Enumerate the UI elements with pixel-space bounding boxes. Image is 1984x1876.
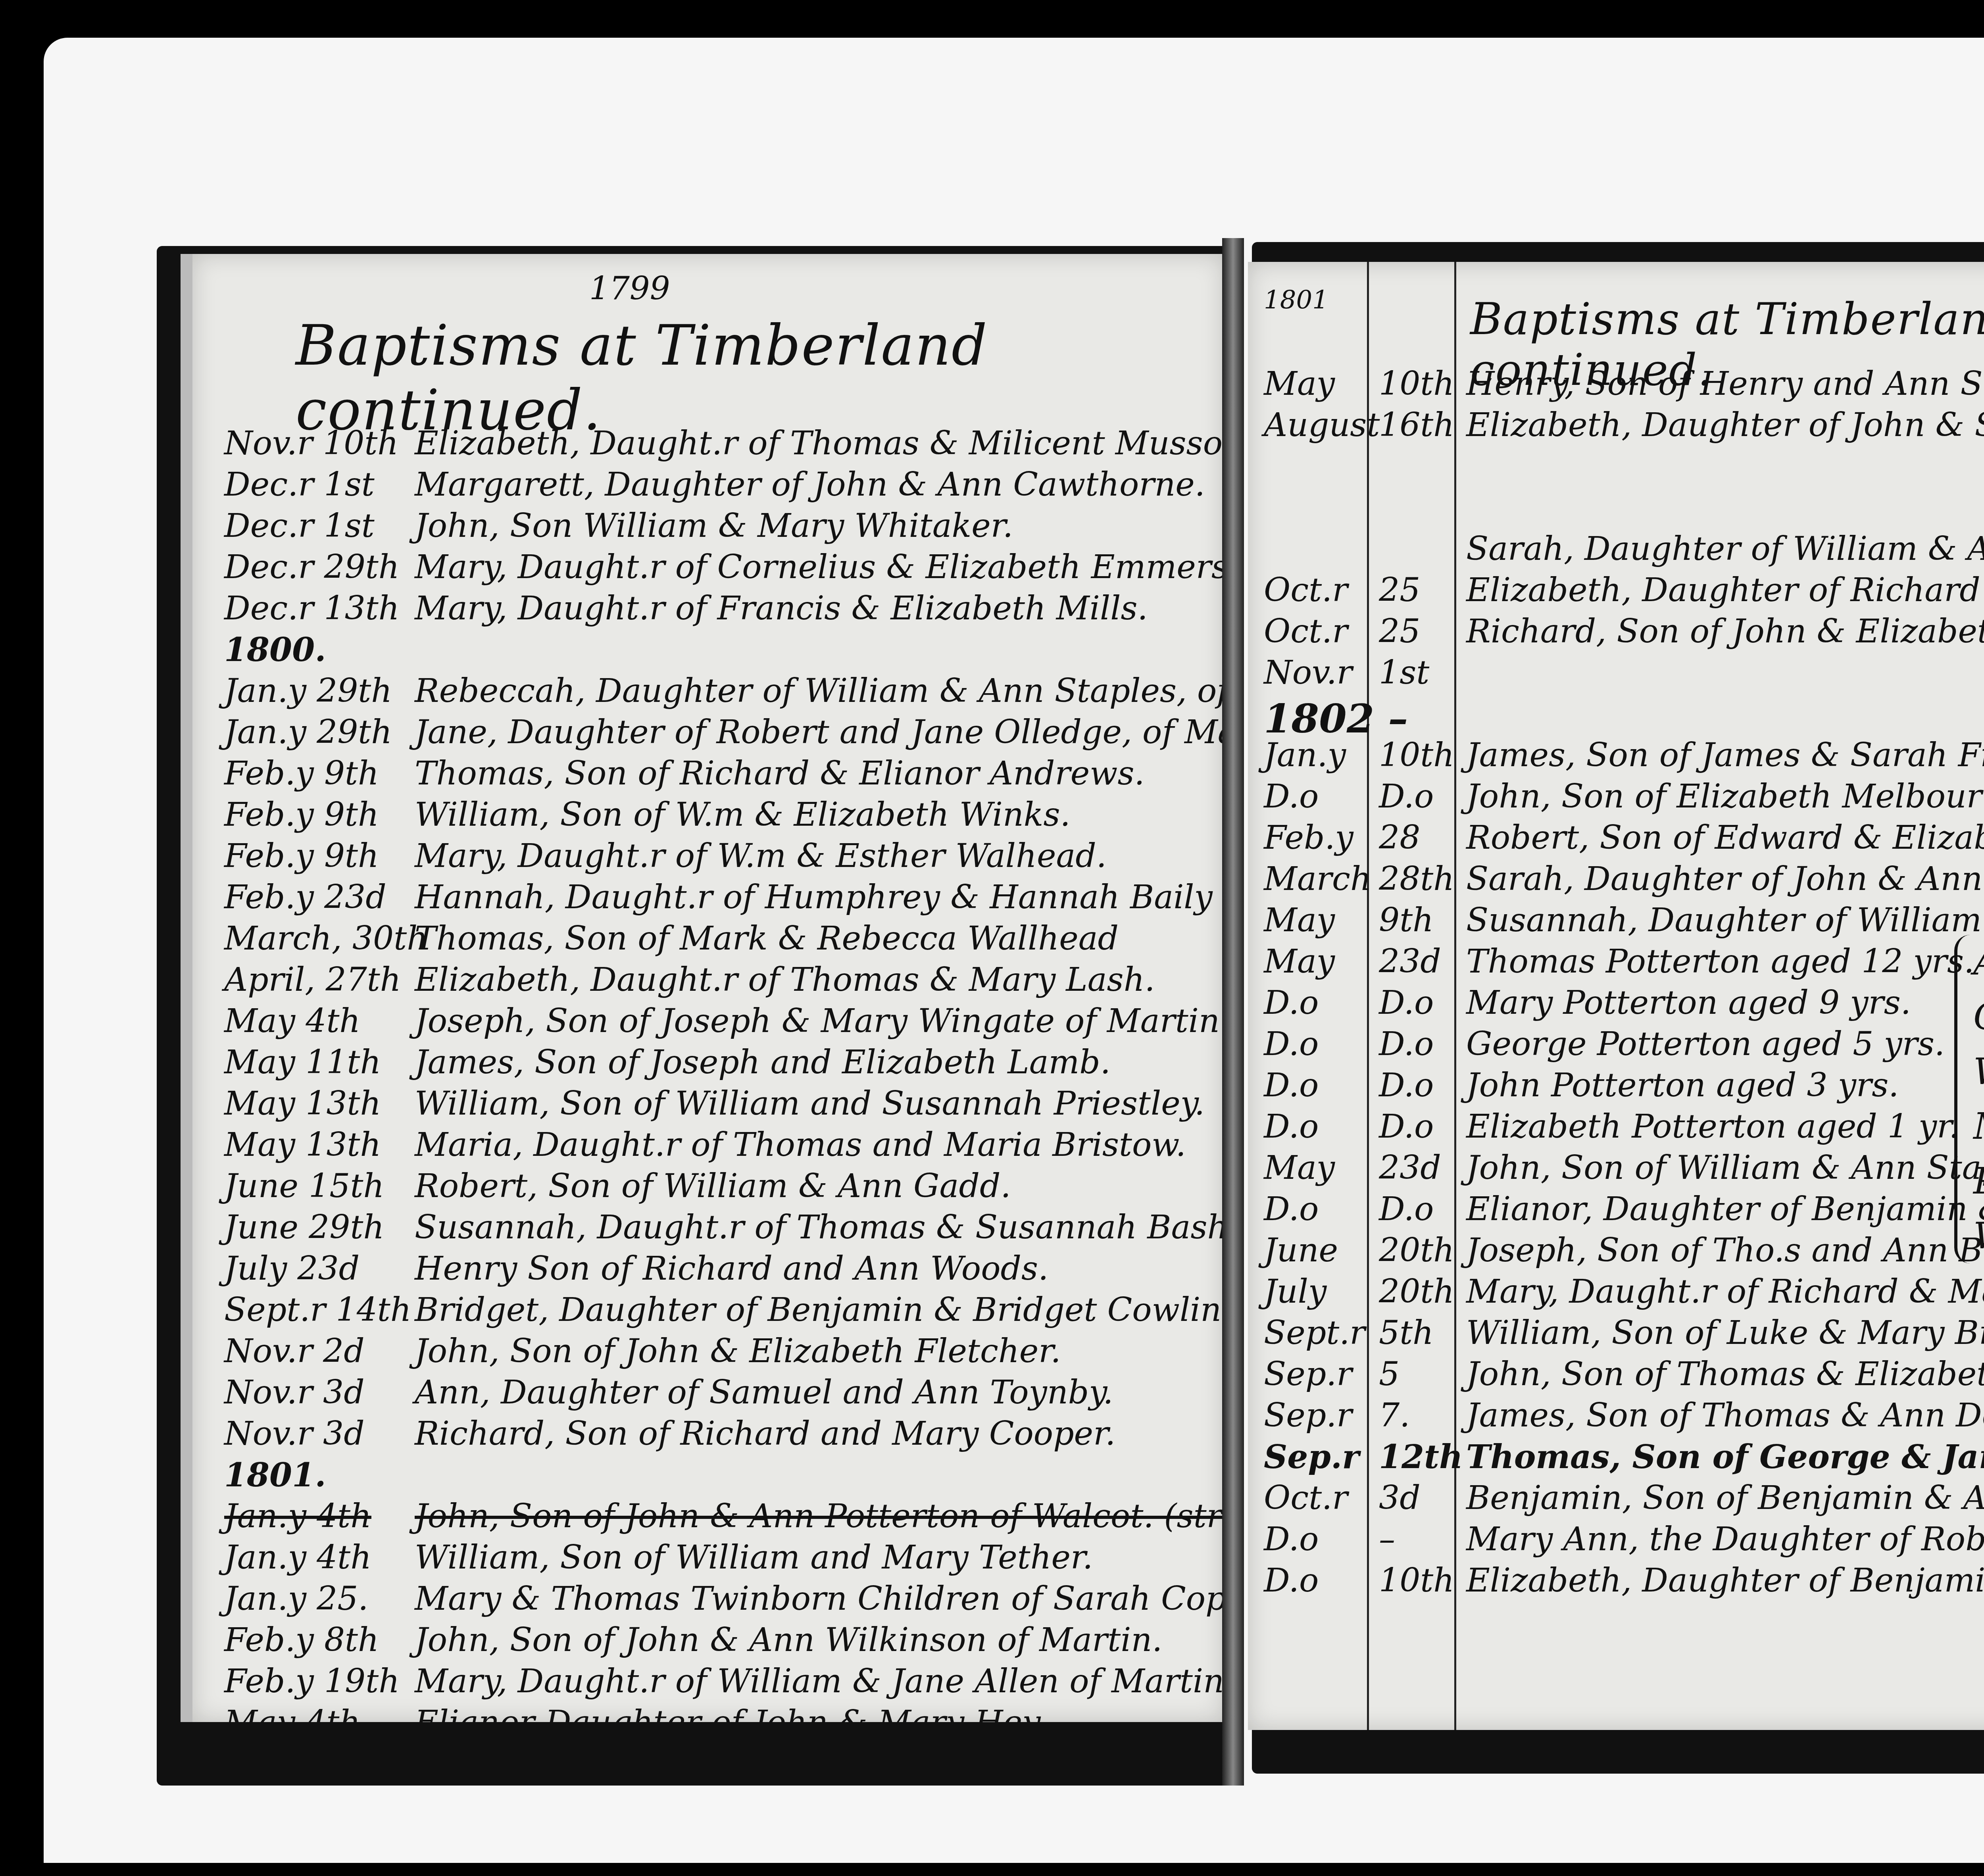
register-entry: Jan.y 29thJane, Daughter of Robert and J… xyxy=(224,713,1208,755)
register-entry: Feb.y 9thWilliam, Son of W.m & Elizabeth… xyxy=(224,796,1208,837)
register-entry: D.o–Mary Ann, the Daughter of Robert & M… xyxy=(1264,1520,1984,1562)
register-entry: Sep.r5John, Son of Thomas & Elizabeth Ne… xyxy=(1264,1355,1984,1397)
year-marker-1800: 1800. xyxy=(224,631,1208,672)
register-entry: Sarah, Daughter of William & Ann Rotston… xyxy=(1264,530,1984,571)
register-entry: May10thHenry, Son of Henry and Ann Shake… xyxy=(1264,365,1984,406)
register-entry: Feb.y 9thMary, Daught.r of W.m & Esther … xyxy=(224,837,1208,878)
register-entry: May9thSusannah, Daughter of William and … xyxy=(1264,901,1984,943)
register-entry: Feb.y28Robert, Son of Edward & Elizabeth… xyxy=(1264,819,1984,860)
register-entry: Dec.r 1stJohn, Son William & Mary Whitak… xyxy=(224,507,1208,548)
potterton-group: May23dThomas Potterton aged 12 yrs. D.oD… xyxy=(1264,943,1984,1149)
register-entry: Feb.y 23dHannah, Daught.r of Humphrey & … xyxy=(224,878,1208,920)
register-entry: D.oD.oElizabeth Potterton aged 1 yr. xyxy=(1264,1108,1938,1149)
register-entry: August16thElizabeth, Daughter of John & … xyxy=(1264,406,1984,448)
brace-annotation: All Children of William & Mary Potterton… xyxy=(1954,935,1984,1263)
register-entry: June 29thSusannah, Daught.r of Thomas & … xyxy=(224,1209,1208,1250)
entries-1799: Nov.r 10thElizabeth, Daught.r of Thomas … xyxy=(224,425,1208,1722)
register-entry: D.oD.oMary Potterton aged 9 yrs. xyxy=(1264,984,1938,1025)
register-entry: Nov.r 10thElizabeth, Daught.r of Thomas … xyxy=(224,425,1208,466)
register-entry: May 13thWilliam, Son of William and Susa… xyxy=(224,1085,1208,1126)
register-entry: May 4thElianor Daughter of John & Mary H… xyxy=(224,1704,1208,1722)
register-entry: May 4thJoseph, Son of Joseph & Mary Wing… xyxy=(224,1002,1208,1044)
register-entry: Jan.y 4thWilliam, Son of William and Mar… xyxy=(224,1539,1208,1580)
register-entry: D.oD.oElianor, Daughter of Benjamin & Ma… xyxy=(1264,1190,1984,1232)
year-marker-1801: 1801. xyxy=(224,1456,1208,1497)
margin-year: 1801 xyxy=(1264,286,1328,315)
page-year-heading: 1799 xyxy=(589,270,670,307)
year-marker-1802: 1802 – xyxy=(1264,695,1984,736)
register-entry: May23dThomas Potterton aged 12 yrs. xyxy=(1264,943,1938,984)
register-entry: July20thMary, Daught.r of Richard & Mary… xyxy=(1264,1273,1984,1314)
register-entry: Jan.y 29thRebeccah, Daughter of William … xyxy=(224,672,1208,713)
register-entry: D.oD.oGeorge Potterton aged 5 yrs. xyxy=(1264,1025,1938,1067)
right-page: 1801 Baptisms at Timberland continued. M… xyxy=(1248,262,1984,1730)
register-entry: Jan.y10thJames, Son of James & Sarah Fin… xyxy=(1264,736,1984,778)
register-entry: Sept.r 14thBridget, Daughter of Benjamin… xyxy=(224,1291,1208,1332)
register-entry: Oct.r3dBenjamin, Son of Benjamin & Ann T… xyxy=(1264,1479,1984,1520)
register-entry: May 13thMaria, Daught.r of Thomas and Ma… xyxy=(224,1126,1208,1167)
register-entry: July 23dHenry Son of Richard and Ann Woo… xyxy=(224,1250,1208,1291)
register-entry: April, 27thElizabeth, Daught.r of Thomas… xyxy=(224,961,1208,1002)
register-entry: D.o10thElizabeth, Daughter of Benjamin &… xyxy=(1264,1562,1984,1603)
register-entry: Nov.r 2dJohn, Son of John & Elizabeth Fl… xyxy=(224,1332,1208,1374)
register-entry: Sep.r7.James, Son of Thomas & Ann Dow xyxy=(1264,1397,1984,1438)
register-entry: Nov.r1st xyxy=(1264,654,1984,695)
register-entry: Nov.r 3dRichard, Son of Richard and Mary… xyxy=(224,1415,1208,1456)
register-entry: Dec.r 29thMary, Daught.r of Cornelius & … xyxy=(224,548,1208,590)
left-page: 1799 Baptisms at Timberland continued. N… xyxy=(181,254,1224,1722)
register-entry: D.oD.oJohn, Son of Elizabeth Melbourne. xyxy=(1264,778,1984,819)
register-entry: Sep.r12thThomas, Son of George & Jane Ol… xyxy=(1264,1438,1984,1479)
register-entry-struck: Jan.y 4thJohn, Son of John & Ann Pottert… xyxy=(224,1497,1208,1539)
register-entry: June20thJoseph, Son of Tho.s and Ann Bra… xyxy=(1264,1232,1984,1273)
register-entry: Nov.r 3dAnn, Daughter of Samuel and Ann … xyxy=(224,1374,1208,1415)
register-entry: D.oD.oJohn Potterton aged 3 yrs. xyxy=(1264,1067,1938,1108)
register-entry: Feb.y 9thThomas, Son of Richard & Eliano… xyxy=(224,755,1208,796)
register-entry: March28thSarah, Daughter of John & Ann C… xyxy=(1264,860,1984,901)
book-gutter xyxy=(1222,238,1244,1786)
register-entry: Dec.r 1stMargarett, Daughter of John & A… xyxy=(224,466,1208,507)
register-entry: May 11thJames, Son of Joseph and Elizabe… xyxy=(224,1044,1208,1085)
register-entry: Feb.y 19thMary, Daught.r of William & Ja… xyxy=(224,1663,1208,1704)
entries-1801: May10thHenry, Son of Henry and Ann Shake… xyxy=(1264,365,1984,1603)
register-entry: Sept.r5thWilliam, Son of Luke & Mary Bri… xyxy=(1264,1314,1984,1355)
register-entry: Dec.r 13thMary, Daught.r of Francis & El… xyxy=(224,590,1208,631)
page-title: Baptisms at Timberland continued. xyxy=(296,313,1224,443)
register-entry: Oct.r25Elizabeth, Daughter of Richard & … xyxy=(1264,571,1984,613)
register-entry: Jan.y 25.Mary & Thomas Twinborn Children… xyxy=(224,1580,1208,1621)
register-book: 1799 Baptisms at Timberland continued. N… xyxy=(157,238,1984,1786)
register-entry: June 15thRobert, Son of William & Ann Ga… xyxy=(224,1167,1208,1209)
register-entry: Oct.r25Richard, Son of John & Elizabeth … xyxy=(1264,613,1984,654)
register-entry: March, 30thThomas, Son of Mark & Rebecca… xyxy=(224,920,1208,961)
register-entry: May23dJohn, Son of William & Ann Staples… xyxy=(1264,1149,1984,1190)
register-entry: Feb.y 8thJohn, Son of John & Ann Wilkins… xyxy=(224,1621,1208,1663)
